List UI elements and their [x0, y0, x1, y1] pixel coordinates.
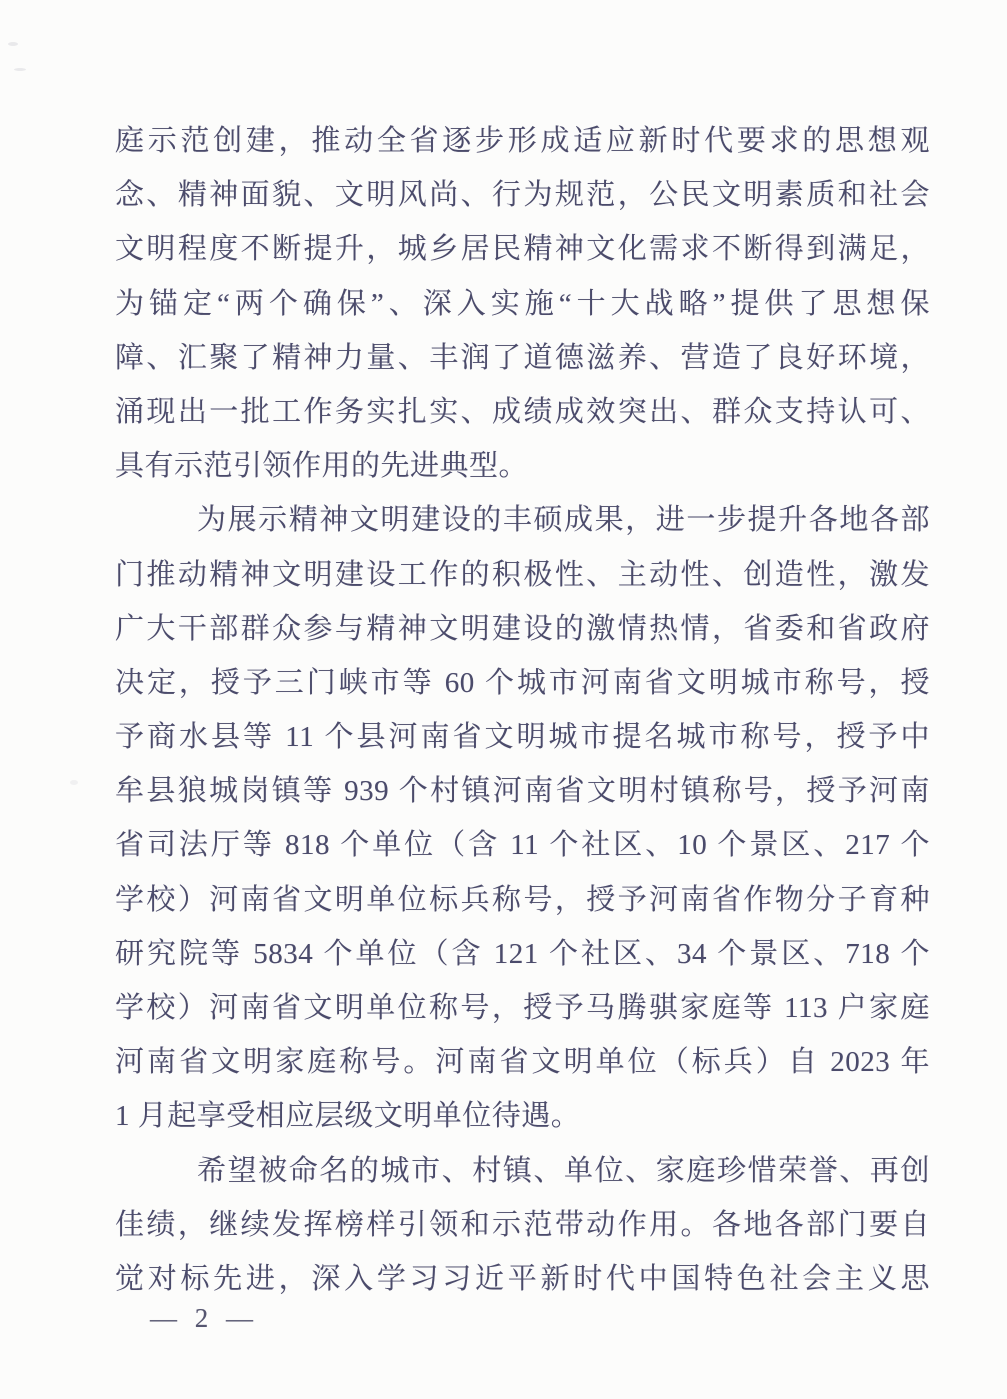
text-line: 学校）河南省文明单位称号，授予马腾骐家庭等 113 户家庭 [115, 981, 930, 1035]
paragraph-3: 希望被命名的城市、村镇、单位、家庭珍惜荣誉、再创佳绩，继续发挥榜样引领和示范带动… [115, 1144, 930, 1307]
text-line: 学校）河南省文明单位标兵称号，授予河南省作物分子育种 [115, 873, 930, 927]
text-line: 门推动精神文明建设工作的积极性、主动性、创造性，激发 [115, 548, 930, 602]
scanned-document-page: 庭示范创建，推动全省逐步形成适应新时代要求的思想观念、精神面貌、文明风尚、行为规… [0, 0, 1007, 1399]
text-line: 为锚定“两个确保”、深入实施“十大战略”提供了思想保 [115, 277, 930, 331]
text-line: 牟县狼城岗镇等 939 个村镇河南省文明村镇称号，授予河南 [115, 764, 930, 818]
text-line: 念、精神面貌、文明风尚、行为规范，公民文明素质和社会 [115, 168, 930, 222]
text-line: 河南省文明家庭称号。河南省文明单位（标兵）自 2023 年 [115, 1035, 930, 1089]
text-line: 研究院等 5834 个单位（含 121 个社区、34 个景区、718 个 [115, 927, 930, 981]
scan-speck [70, 780, 78, 785]
text-line: 决定，授予三门峡市等 60 个城市河南省文明城市称号，授 [115, 656, 930, 710]
paragraph-2: 为展示精神文明建设的丰硕成果，进一步提升各地各部门推动精神文明建设工作的积极性、… [115, 493, 930, 1143]
text-line: 障、汇聚了精神力量、丰润了道德滋养、营造了良好环境， [115, 331, 930, 385]
text-line: 省司法厅等 818 个单位（含 11 个社区、10 个景区、217 个 [115, 818, 930, 872]
text-line: 1 月起享受相应层级文明单位待遇。 [115, 1089, 930, 1143]
paragraph-1: 庭示范创建，推动全省逐步形成适应新时代要求的思想观念、精神面貌、文明风尚、行为规… [115, 114, 930, 493]
document-body: 庭示范创建，推动全省逐步形成适应新时代要求的思想观念、精神面貌、文明风尚、行为规… [115, 114, 930, 1306]
text-line: 文明程度不断提升，城乡居民精神文化需求不断得到满足， [115, 222, 930, 276]
text-line: 涌现出一批工作务实扎实、成绩成效突出、群众支持认可、 [115, 385, 930, 439]
text-line: 广大干部群众参与精神文明建设的激情热情，省委和省政府 [115, 602, 930, 656]
text-line: 予商水县等 11 个县河南省文明城市提名城市称号，授予中 [115, 710, 930, 764]
text-line: 为展示精神文明建设的丰硕成果，进一步提升各地各部 [115, 493, 930, 547]
text-line: 具有示范引领作用的先进典型。 [115, 439, 930, 493]
scan-speck [8, 42, 18, 46]
text-line: 佳绩，继续发挥榜样引领和示范带动作用。各地各部门要自 [115, 1198, 930, 1252]
page-number: — 2 — [150, 1298, 254, 1338]
scan-speck [14, 68, 26, 71]
text-line: 庭示范创建，推动全省逐步形成适应新时代要求的思想观 [115, 114, 930, 168]
text-line: 希望被命名的城市、村镇、单位、家庭珍惜荣誉、再创 [115, 1144, 930, 1198]
